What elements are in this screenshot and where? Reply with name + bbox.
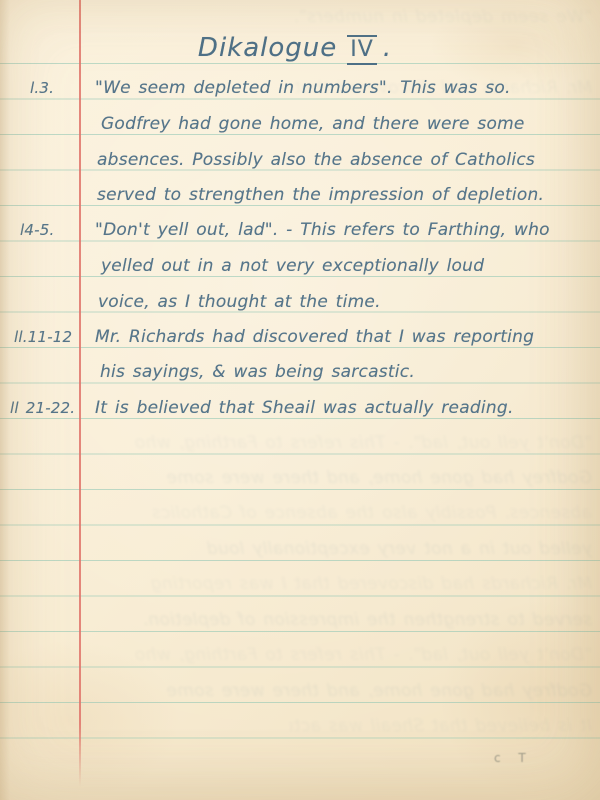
page-edge-shadow [0,0,10,800]
page-title: DikalogueIV. [150,31,440,65]
bleed-through-line: "We seem depleted in numbers". This was … [290,4,592,30]
title-word: Dikalogue [198,33,337,63]
title-period: . [383,33,392,63]
handwritten-line: Mr. Richards had discovered that I was r… [95,323,534,351]
handwritten-line: his sayings, & was being sarcastic. [100,358,415,386]
handwritten-line: Godfrey had gone home, and there were so… [101,110,525,138]
title-numeral: IV [347,35,377,65]
handwritten-line: served to strengthen the impression of d… [97,181,544,209]
handwritten-line: It is believed that Sheail was actually … [95,394,514,422]
handwritten-line: "We seem depleted in numbers". This was … [95,74,511,102]
line-ref-label-ll11-12: ll.11-12 [14,323,72,351]
handwritten-line: "Don't yell out, lad". - This refers to … [95,216,550,244]
line-ref-label-l3: l.3. [30,74,54,102]
line-ref-label-l4-5: l4-5. [20,216,54,244]
handwritten-line: absences. Possibly also the absence of C… [97,146,535,174]
red-margin-line [79,0,81,787]
notebook-page: "We seem depleted in numbers". This was … [0,0,600,800]
handwritten-line: voice, as I thought at the time. [98,288,381,316]
faint-pencil-mark: c T [494,749,533,767]
handwritten-line: yelled out in a not very exceptionally l… [101,252,484,280]
line-ref-label-ll21-22: ll 21-22. [10,394,75,422]
